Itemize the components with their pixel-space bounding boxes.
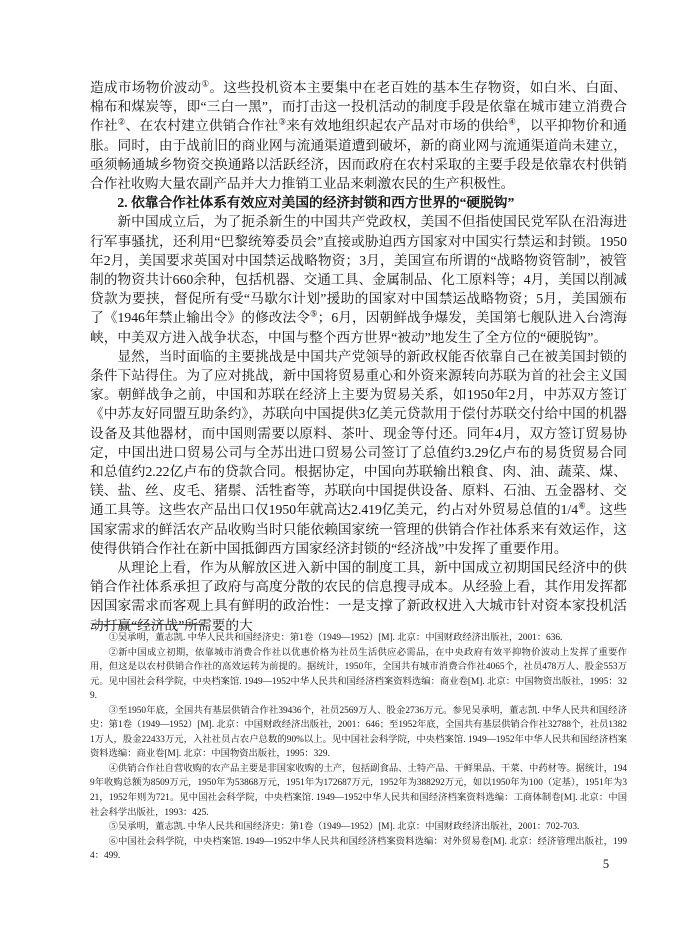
footnote-ref: ③: [278, 117, 286, 127]
footnote-ref: ②: [118, 117, 126, 127]
footnote: ②新中国成立初期，依靠城市消费合作社以优惠价格为社员生活供应必需品，在中央政府有…: [90, 646, 627, 704]
section-heading: 2. 依靠合作社体系有效应对美国的经济封锁和西方世界的“硬脱钩”: [90, 193, 627, 212]
footnote-separator: [92, 624, 204, 625]
footnote: ①吴承明，董志凯. 中华人民共和国经济史：第1卷（1949—1952）[M]. …: [90, 631, 627, 646]
footnote-ref: ④: [508, 117, 516, 127]
footnote-ref: ⑥: [578, 501, 586, 511]
footnote: ④供销合作社自营收购的农产品主要是非国家收购的土产，包括副食品、土特产品、干鲜果…: [90, 762, 627, 820]
footnote-ref: ⑤: [310, 309, 318, 319]
footnotes: ①吴承明，董志凯. 中华人民共和国经济史：第1卷（1949—1952）[M]. …: [90, 631, 627, 864]
body-text: 造成市场物价波动①。这些投机资本主要集中在老百姓的基本生存物资，如白米、白面、棉…: [90, 78, 627, 635]
body-paragraph: 造成市场物价波动①。这些投机资本主要集中在老百姓的基本生存物资，如白米、白面、棉…: [90, 78, 627, 193]
document-page: 造成市场物价波动①。这些投机资本主要集中在老百姓的基本生存物资，如白米、白面、棉…: [0, 0, 700, 943]
page-number: 5: [596, 857, 616, 872]
body-paragraph: 显然，当时面临的主要挑战是中国共产党领导的新政权能否依靠自己在被美国封锁的条件下…: [90, 347, 627, 558]
footnote: ③至1950年底，全国共有基层供销合作社39436个，社员2569万人、股金27…: [90, 704, 627, 762]
footnote: ⑤吴承明，董志凯. 中华人民共和国经济史：第1卷（1949—1952）[M]. …: [90, 820, 627, 835]
body-paragraph: 新中国成立后，为了扼杀新生的中国共产党政权，美国不但指使国民党军队在沿海进行军事…: [90, 212, 627, 346]
footnote-ref: ①: [201, 78, 209, 88]
footnote: ⑥中国社会科学院，中央档案馆. 1949—1952中华人民共和国经济档案资料选编…: [90, 835, 627, 864]
footnotes-block: ①吴承明，董志凯. 中华人民共和国经济史：第1卷（1949—1952）[M]. …: [90, 624, 627, 864]
